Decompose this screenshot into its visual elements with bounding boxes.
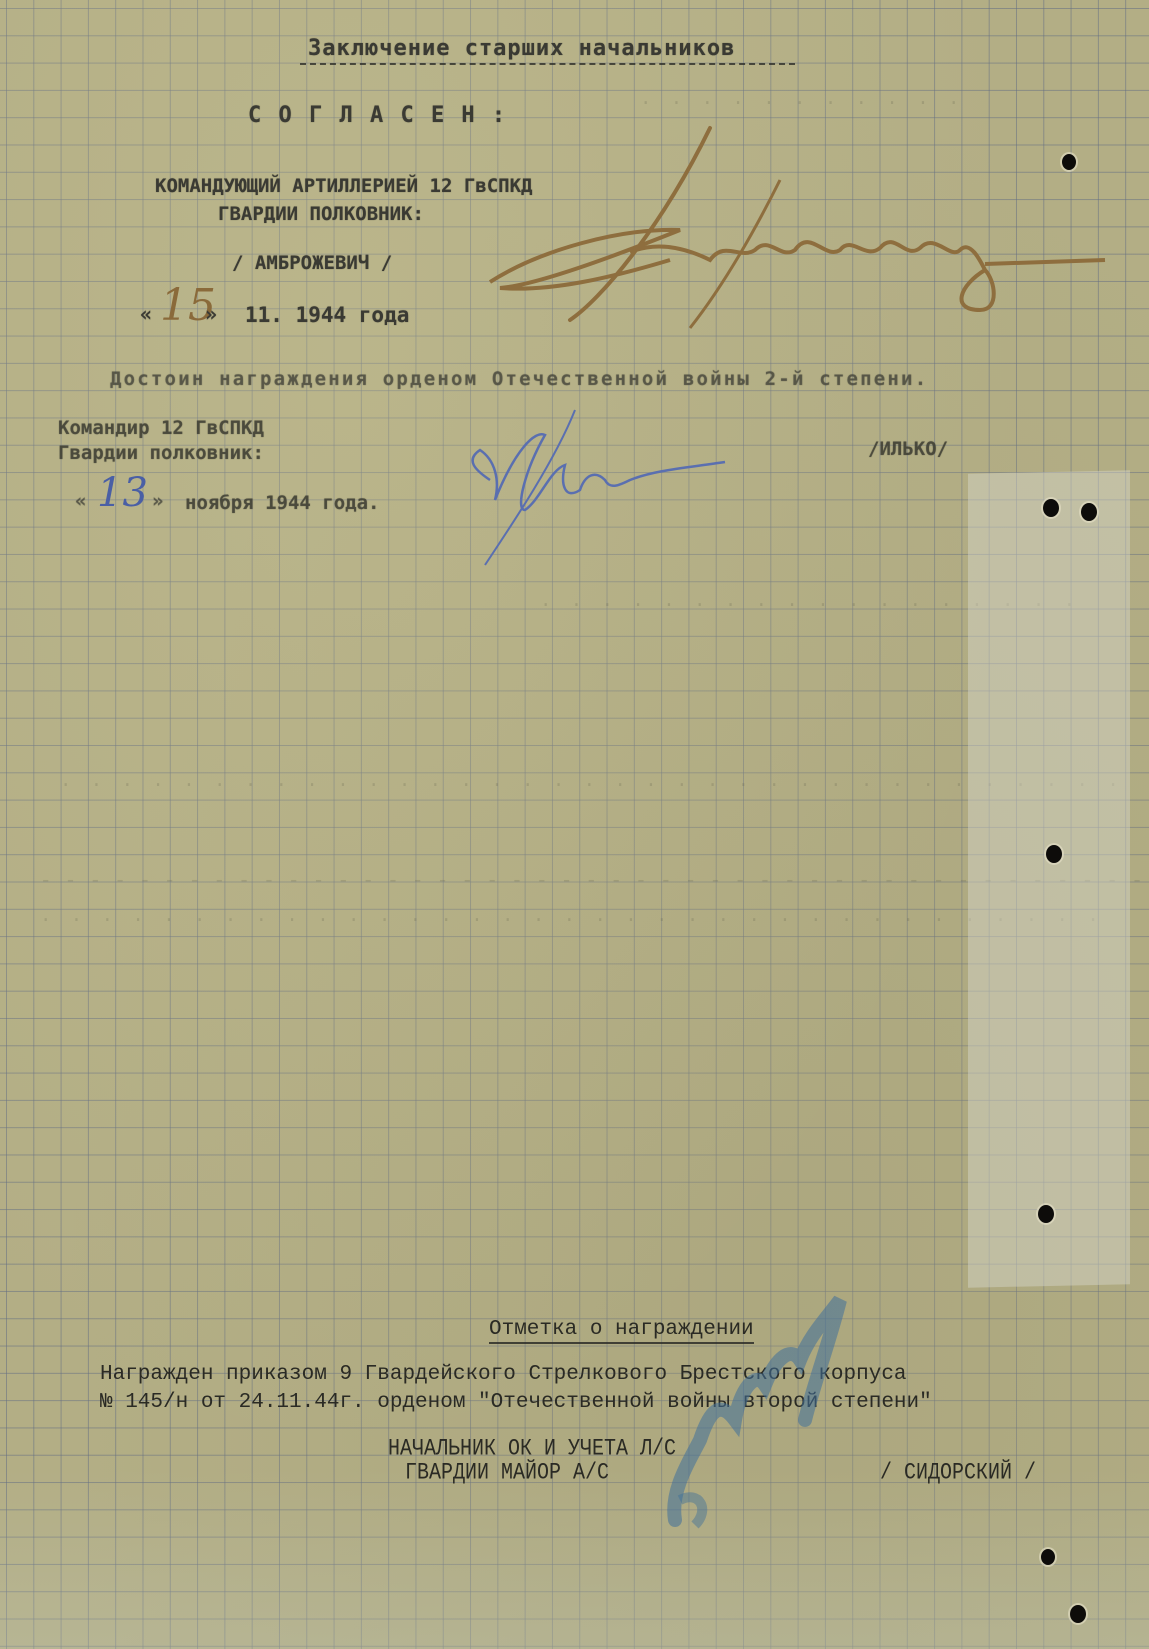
division-commander-rank: Гвардии полковник: (58, 442, 264, 464)
bleed-through-text: . . . . . . . . . . . . . . . . . . . . … (40, 905, 1103, 927)
division-date: ноября 1944 года. (185, 492, 379, 514)
recommendation-text: Достоин награждения орденом Отечественно… (110, 368, 928, 390)
punch-hole (1046, 845, 1062, 863)
division-signature-text: Ильк (520, 440, 523, 441)
agreed-label: С О Г Л А С Е Н : (248, 103, 507, 128)
division-commander-name: /ИЛЬКО/ (868, 438, 948, 460)
artillery-commander-signature (480, 110, 1110, 340)
award-signer-signature (640, 1290, 890, 1550)
punch-hole (1070, 1605, 1086, 1623)
document-heading: Заключение старших начальников (300, 36, 795, 65)
signer-title-line-1: НАЧАЛЬНИК ОК И УЧЕТА Л/С (388, 1436, 676, 1462)
punch-hole (1041, 1549, 1055, 1565)
division-commander-title: Командир 12 ГвСПКД (58, 417, 264, 439)
punch-hole (1062, 154, 1076, 170)
bleed-through-text: . . . . . . . . . . . (640, 88, 963, 110)
division-date-open-quote: « (75, 490, 86, 512)
paper-fade (0, 1470, 1149, 1649)
division-commander-signature (455, 390, 735, 590)
signer-name: / СИДОРСКИЙ / (880, 1460, 1036, 1486)
signer-title-line-2: ГВАРДИИ МАЙОР А/С (405, 1460, 609, 1486)
artillery-commander-name: / АМБРОЖЕВИЧ / (232, 252, 392, 274)
award-signature-text: Сидорский (700, 1400, 706, 1401)
artillery-date: 11. 1944 года (245, 303, 409, 327)
bleed-through-text: . . . . . . . . . . . . . . . . . . . . … (60, 770, 1123, 792)
artillery-date-open-quote: « (140, 302, 152, 326)
artillery-commander-rank: ГВАРДИИ ПОЛКОВНИК: (218, 203, 424, 225)
archival-document-page: . . . . . . . . . . . . . . . . . . . . … (0, 0, 1149, 1649)
punch-hole (1038, 1205, 1054, 1223)
repair-tape-strip (968, 470, 1130, 1287)
punch-hole (1043, 499, 1059, 517)
division-date-day-handwritten: 13 (97, 470, 148, 516)
artillery-signature-text: Амброжевич (560, 236, 567, 237)
division-date-close-quote: » (152, 490, 163, 512)
artillery-commander-title: КОМАНДУЮЩИЙ АРТИЛЛЕРИЕЙ 12 ГвСПКД (155, 175, 533, 197)
artillery-date-close-quote: » (205, 302, 217, 326)
punch-hole (1081, 503, 1097, 521)
